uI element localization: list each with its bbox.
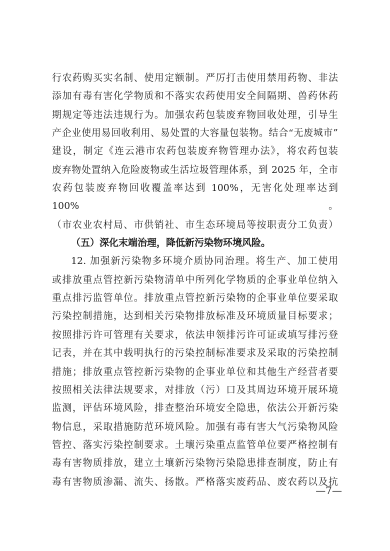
body-text-line: 行农药购买实名制、使用定额制。严厉打击使用禁用药物、非法: [52, 70, 338, 88]
section-5-heading: （五）深化末端治理，降低新污染物环境风险。: [52, 235, 338, 253]
body-text-line: 产企业使用易回收利用、易处置的大容量包装物。结合“无废城市”: [52, 125, 338, 143]
document-page: 行农药购买实名制、使用定额制。严厉打击使用禁用药物、非法 添加有毒有害化学物质和…: [0, 0, 390, 551]
body-text-line: 监测，评估环境风险，排查整治环境安全隐患，依法公开新污染: [52, 400, 338, 418]
body-text-line: 建设，制定《连云港市农药包装废弃物管理办法》，将农药包装: [52, 143, 338, 161]
body-text-line: 农药包装废弃物回收覆盖率达到 100%，无害化处理率达到 100%。: [52, 180, 338, 217]
body-text-line: 废弃物处置纳入危险废物或生活垃圾管理体系，到 2025 年，全市: [52, 162, 338, 180]
page-number: —7—: [316, 486, 342, 497]
body-text-line: 期规定等违法违规行为。加强农药包装废弃物回收处理，引导生: [52, 107, 338, 125]
body-text-line: 毒有害物质排放，建立土壤新污染物污染隐患排查制度，防止有: [52, 455, 338, 473]
item-12-first-line: 12. 加强新污染物多环境介质协同治理。将生产、加工使用: [52, 253, 338, 271]
responsibility-attribution-line: （市农业农村局、市供销社、市生态环境局等按职责分工负责）: [52, 217, 338, 235]
body-text-line: 添加有毒有害化学物质和不落实农药使用安全间隔期、兽药休药: [52, 88, 338, 106]
body-text-line: 管控、落实污染控制要求。土壤污染重点监管单位要严格控制有: [52, 437, 338, 455]
body-text-line: 措施；排放重点管控新污染物的企事业单位和其他生产经营者要: [52, 364, 338, 382]
body-text-line: 或排放重点管控新污染物清单中所列化学物质的企事业单位纳入: [52, 272, 338, 290]
body-text-line: 记表，并在其中载明执行的污染控制标准要求及采取的污染控制: [52, 345, 338, 363]
body-text-line: 毒有害物质渗漏、流失、扬散。严格落实废药品、废农药以及抗: [52, 474, 338, 492]
body-text-line: 按照排污许可管理有关要求，依法申领排污许可证或填写排污登: [52, 327, 338, 345]
body-text-line: 物信息，采取措施防范环境风险。加强有毒有害大气污染物风险: [52, 419, 338, 437]
body-text-line: 重点排污监管单位。排放重点管控新污染物的企事业单位要采取: [52, 290, 338, 308]
text-block: 行农药购买实名制、使用定额制。严厉打击使用禁用药物、非法 添加有毒有害化学物质和…: [52, 70, 338, 492]
body-text-line: 按照相关法律法规要求，对排放（污）口及其周边环境开展环境: [52, 382, 338, 400]
body-text-line: 污染控制措施，达到相关污染物排放标准及环境质量目标要求；: [52, 308, 338, 326]
